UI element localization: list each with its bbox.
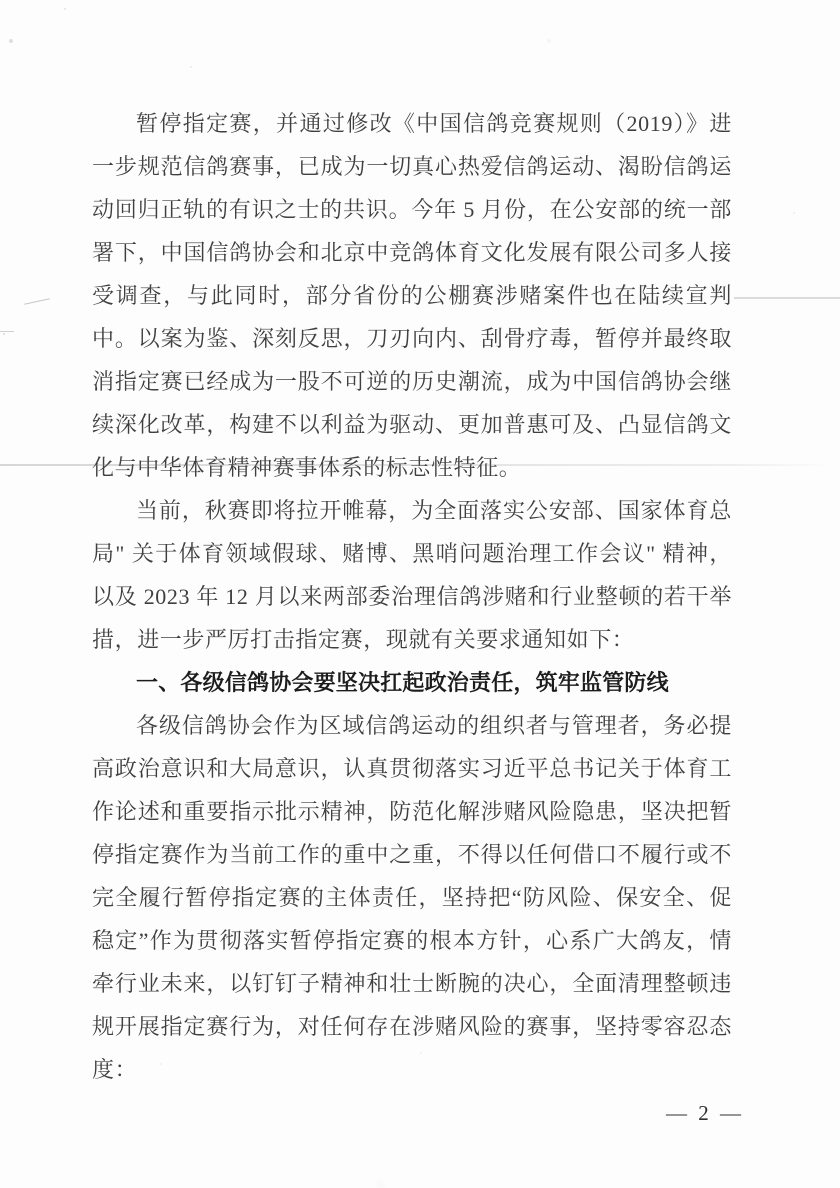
paragraph-suspension-background: 暂停指定赛，并通过修改《中国信鸽竞赛规则（2019）》进一步规范信鸽赛事，已成为… [92, 102, 732, 489]
scan-artifact-mark-corner [24, 298, 50, 304]
section-heading-1: 一、各级信鸽协会要坚决扛起政治责任，筑牢监管防线 [92, 661, 732, 704]
scanned-document-page: 暂停指定赛，并通过修改《中国信鸽竞赛规则（2019）》进一步规范信鸽赛事，已成为… [0, 0, 840, 1188]
scan-noise-specks [0, 0, 2, 2]
paragraph-association-duties: 各级信鸽协会作为区域信鸽运动的组织者与管理者，务必提高政治意识和大局意识，认真贯… [92, 704, 732, 1091]
scan-artifact-line-right [734, 297, 840, 299]
document-body: 暂停指定赛，并通过修改《中国信鸽竞赛规则（2019）》进一步规范信鸽赛事，已成为… [92, 102, 732, 1091]
paragraph-notice-preamble: 当前，秋赛即将拉开帷幕，为全面落实公安部、国家体育总局" 关于体育领域假球、赌博… [92, 489, 732, 661]
page-number: — 2 — [666, 1101, 744, 1126]
scan-artifact-line-left [0, 331, 14, 332]
